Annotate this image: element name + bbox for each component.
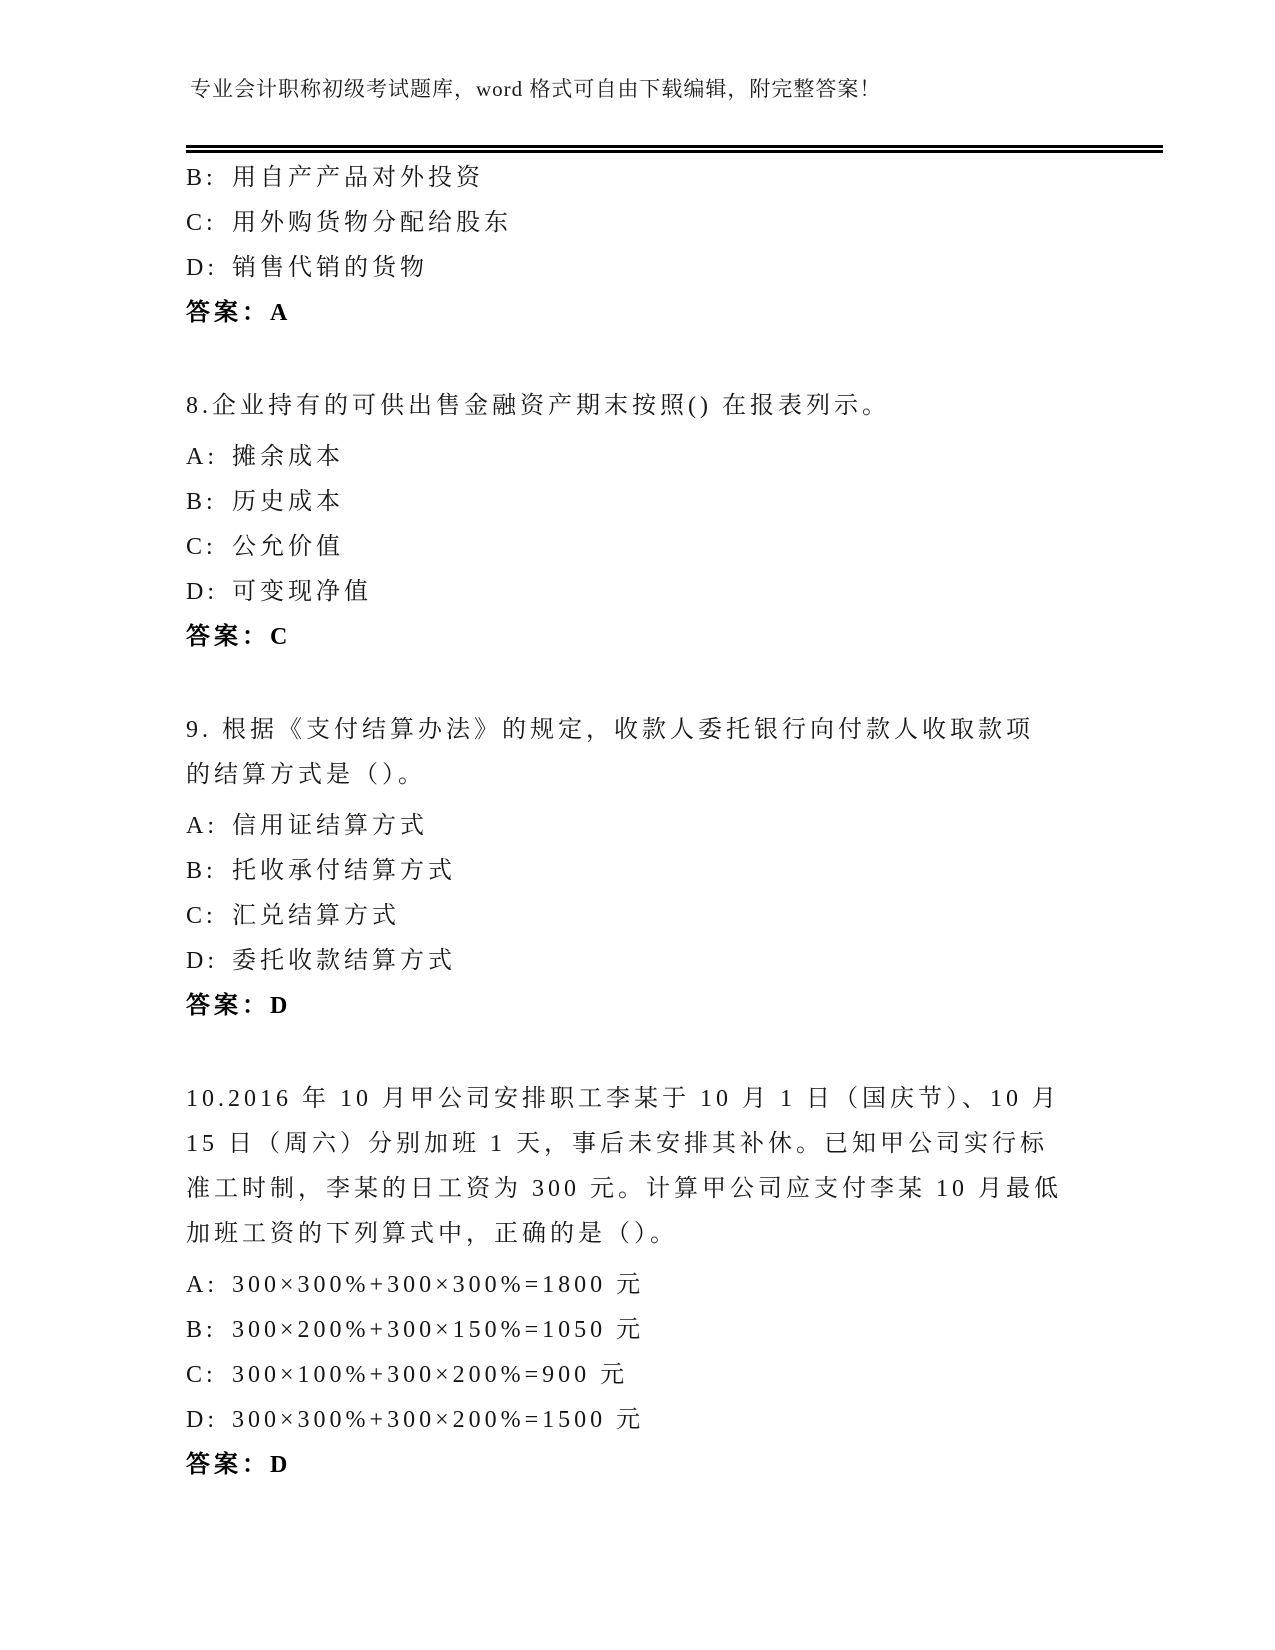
option-text: 委托收款结算方式 xyxy=(232,948,456,974)
question-stem: 9. 根据《支付结算办法》的规定，收款人委托银行向付款人收取款项 的结算方式是（… xyxy=(186,708,1196,798)
option-line: A:300×300%+300×300%=1800 元 xyxy=(186,1263,1196,1308)
question-block-9: 9. 根据《支付结算办法》的规定，收款人委托银行向付款人收取款项 的结算方式是（… xyxy=(186,708,1196,1029)
option-text: 300×300%+300×200%=1500 元 xyxy=(232,1407,644,1433)
header-divider xyxy=(186,145,1163,153)
option-label: A: xyxy=(186,1263,232,1308)
question-stem-line: 准工时制，李某的日工资为 300 元。计算甲公司应支付李某 10 月最低 xyxy=(186,1167,1196,1212)
option-line: A:摊余成本 xyxy=(186,435,1196,480)
option-line: D:可变现净值 xyxy=(186,570,1196,615)
option-label: A: xyxy=(186,435,232,480)
option-text: 300×100%+300×200%=900 元 xyxy=(232,1362,628,1388)
option-label: B: xyxy=(186,156,232,201)
question-stem: 8.企业持有的可供出售金融资产期末按照() 在报表列示。 xyxy=(186,384,1196,429)
question-block-8: 8.企业持有的可供出售金融资产期末按照() 在报表列示。 A:摊余成本 B:历史… xyxy=(186,384,1196,660)
answer-line: 答案：D xyxy=(186,1443,1196,1488)
question-stem-line: 9. 根据《支付结算办法》的规定，收款人委托银行向付款人收取款项 xyxy=(186,708,1196,753)
option-line: B:用自产产品对外投资 xyxy=(186,156,1196,201)
page-header-text: 专业会计职称初级考试题库，word 格式可自由下载编辑，附完整答案！ xyxy=(190,72,881,106)
question-stem-line: 15 日（周六）分别加班 1 天，事后未安排其补休。已知甲公司实行标 xyxy=(186,1122,1196,1167)
question-stem-line: 的结算方式是（）。 xyxy=(186,753,1196,798)
option-label: C: xyxy=(186,201,232,246)
option-line: C:公允价值 xyxy=(186,525,1196,570)
option-label: B: xyxy=(186,849,232,894)
option-text: 历史成本 xyxy=(232,489,344,515)
option-text: 用自产产品对外投资 xyxy=(232,165,484,191)
document-content: B:用自产产品对外投资 C:用外购货物分配给股东 D:销售代销的货物 答案：A … xyxy=(186,156,1196,1488)
option-line: C:300×100%+300×200%=900 元 xyxy=(186,1353,1196,1398)
question-stem-line: 8.企业持有的可供出售金融资产期末按照() 在报表列示。 xyxy=(186,384,1196,429)
option-label: D: xyxy=(186,939,232,984)
option-text: 用外购货物分配给股东 xyxy=(232,210,512,236)
option-line: C:汇兑结算方式 xyxy=(186,894,1196,939)
option-label: C: xyxy=(186,1353,232,1398)
answer-line: 答案：D xyxy=(186,984,1196,1029)
option-line: A:信用证结算方式 xyxy=(186,804,1196,849)
option-label: C: xyxy=(186,525,232,570)
option-text: 摊余成本 xyxy=(232,444,344,470)
option-label: A: xyxy=(186,804,232,849)
option-label: D: xyxy=(186,246,232,291)
option-text: 公允价值 xyxy=(232,534,344,560)
option-label: B: xyxy=(186,1308,232,1353)
option-line: D:300×300%+300×200%=1500 元 xyxy=(186,1398,1196,1443)
option-line: D:委托收款结算方式 xyxy=(186,939,1196,984)
question-stem-line: 加班工资的下列算式中，正确的是（）。 xyxy=(186,1212,1196,1257)
option-text: 300×200%+300×150%=1050 元 xyxy=(232,1317,644,1343)
option-text: 300×300%+300×300%=1800 元 xyxy=(232,1272,644,1298)
option-label: B: xyxy=(186,480,232,525)
question-stem: 10.2016 年 10 月甲公司安排职工李某于 10 月 1 日（国庆节）、1… xyxy=(186,1077,1196,1257)
option-line: B:300×200%+300×150%=1050 元 xyxy=(186,1308,1196,1353)
option-text: 可变现净值 xyxy=(232,579,372,605)
option-label: C: xyxy=(186,894,232,939)
option-line: C:用外购货物分配给股东 xyxy=(186,201,1196,246)
option-label: D: xyxy=(186,1398,232,1443)
option-text: 销售代销的货物 xyxy=(232,255,428,281)
option-line: B:托收承付结算方式 xyxy=(186,849,1196,894)
option-text: 汇兑结算方式 xyxy=(232,903,400,929)
option-line: D:销售代销的货物 xyxy=(186,246,1196,291)
option-line: B:历史成本 xyxy=(186,480,1196,525)
option-text: 托收承付结算方式 xyxy=(232,858,456,884)
question-stem-line: 10.2016 年 10 月甲公司安排职工李某于 10 月 1 日（国庆节）、1… xyxy=(186,1077,1196,1122)
option-label: D: xyxy=(186,570,232,615)
document-page: 专业会计职称初级考试题库，word 格式可自由下载编辑，附完整答案！ B:用自产… xyxy=(0,0,1275,1650)
answer-line: 答案：C xyxy=(186,615,1196,660)
question-block-7-partial: B:用自产产品对外投资 C:用外购货物分配给股东 D:销售代销的货物 答案：A xyxy=(186,156,1196,336)
answer-line: 答案：A xyxy=(186,291,1196,336)
question-block-10: 10.2016 年 10 月甲公司安排职工李某于 10 月 1 日（国庆节）、1… xyxy=(186,1077,1196,1488)
option-text: 信用证结算方式 xyxy=(232,813,428,839)
